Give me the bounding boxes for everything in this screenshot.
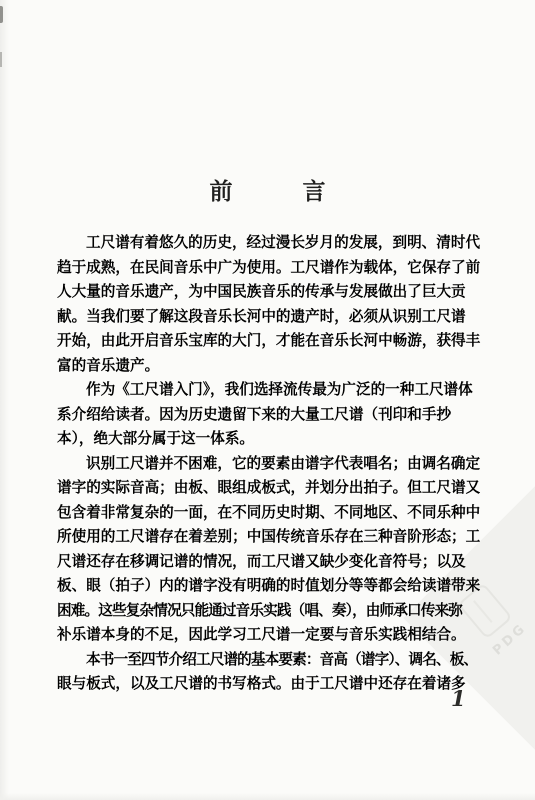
text-line: 工尺谱有着悠久的历史，经过漫长岁月的发展，到明、清时代	[57, 231, 481, 256]
text-line: 补乐谱本身的不足，因此学习工尺谱一定要与音乐实践相结合。	[57, 623, 481, 648]
page-title: 前 言	[0, 173, 535, 206]
text-line: 本），绝大部分属于这一体系。	[57, 427, 481, 452]
scan-artifact-tick	[0, 6, 3, 23]
text-line: 作为《工尺谱入门》，我们选择流传最为广泛的一种工尺谱体	[57, 378, 481, 403]
text-line: 谱字的实际音高；由板、眼组成板式，并划分出拍子。但工尺谱又	[57, 476, 481, 501]
text-line: 本书一至四节介绍工尺谱的基本要素：音高（谱字）、调名、板、	[57, 648, 481, 673]
text-line: 富的音乐遗产。	[57, 354, 481, 379]
scan-edge-left	[0, 0, 9, 800]
text-line: 困难。这些复杂情况只能通过音乐实践（唱、奏），由师承口传来弥	[57, 599, 481, 624]
text-line: 系介绍给读者。因为历史遗留下来的大量工尺谱（刊印和手抄	[57, 403, 481, 428]
text-line: 献。当我们要了解这段音乐长河中的遗产时，必须从识别工尺谱	[57, 305, 481, 330]
text-line: 开始，由此开启音乐宝库的大门，才能在音乐长河中畅游，获得丰	[57, 329, 481, 354]
title-char-left: 前	[210, 173, 233, 206]
scanned-book-page: PDG 前 言 工尺谱有着悠久的历史，经过漫长岁月的发展，到明、清时代趋于成熟，…	[0, 0, 535, 800]
scan-edge-bottom	[0, 793, 535, 800]
text-line: 包含着非常复杂的一面，在不同历史时期、不同地区、不同乐种中	[57, 501, 481, 526]
text-line: 板、眼（拍子）内的谱字没有明确的时值划分等等都会给读谱带来	[57, 574, 481, 599]
text-line: 趋于成熟，在民间音乐中广为使用。工尺谱作为载体，它保存了前	[57, 256, 481, 281]
body-text: 工尺谱有着悠久的历史，经过漫长岁月的发展，到明、清时代趋于成熟，在民间音乐中广为…	[57, 231, 481, 697]
text-line: 所使用的工尺谱存在着差别；中国传统音乐存在三种音阶形态；工	[57, 525, 481, 550]
title-char-right: 言	[303, 173, 326, 206]
page-number: 1	[451, 686, 466, 711]
scan-artifact-tick	[0, 52, 2, 67]
text-line: 尺谱还存在移调记谱的情况，而工尺谱又缺少变化音符号；以及	[57, 550, 481, 575]
text-line: 人大量的音乐遗产，为中国民族音乐的传承与发展做出了巨大贡	[57, 280, 481, 305]
text-line: 识别工尺谱并不困难，它的要素由谱字代表唱名；由调名确定	[57, 452, 481, 477]
text-line: 眼与板式，以及工尺谱的书写格式。由于工尺谱中还存在着诸多	[57, 672, 481, 697]
